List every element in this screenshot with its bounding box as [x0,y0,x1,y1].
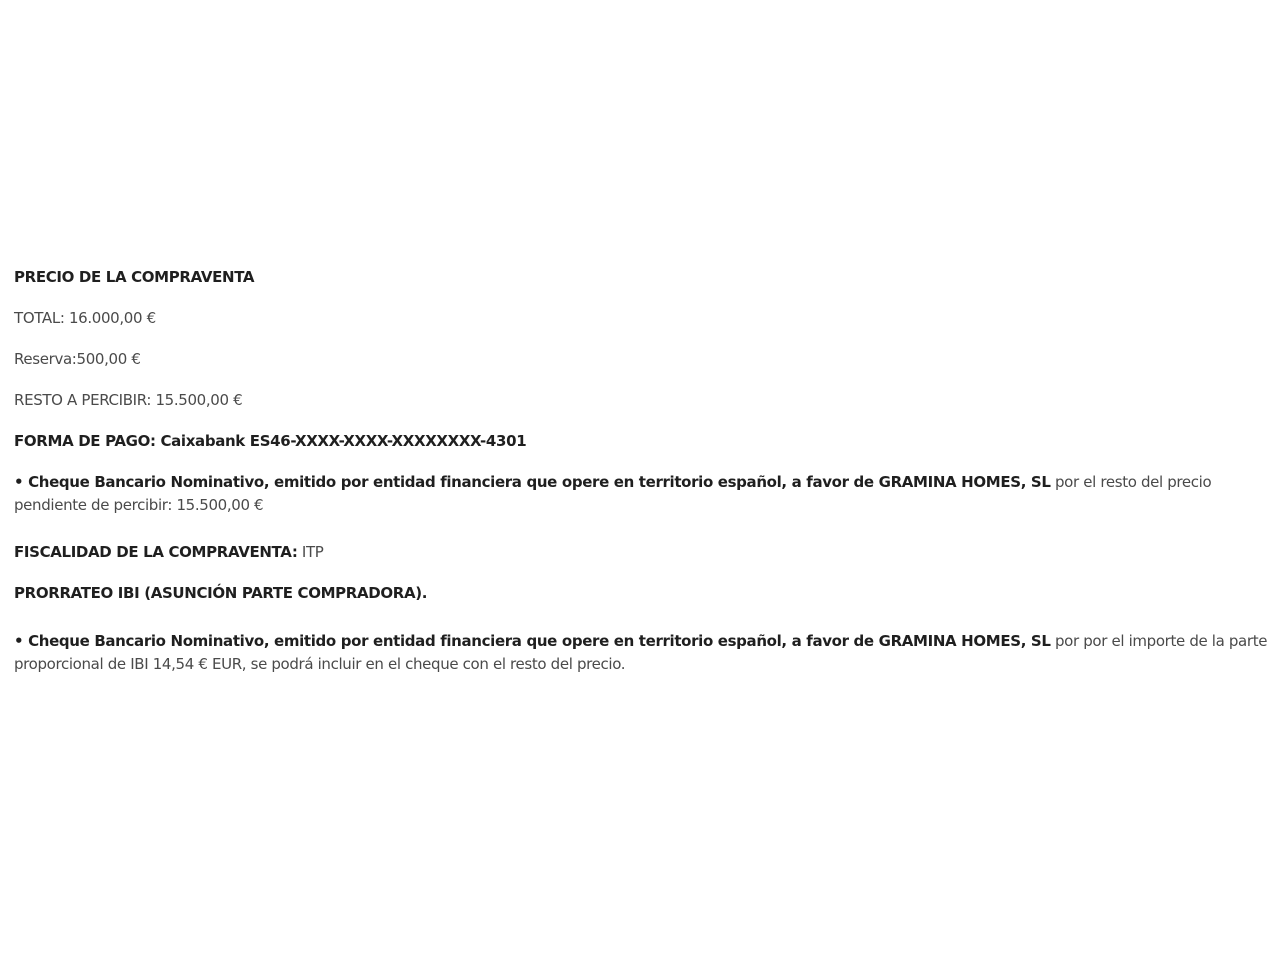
forma-de-pago-value: Caixabank ES46-XXXX-XXXX-XXXXXXXX-4301 [156,432,527,450]
fiscalidad-value: ITP [297,543,323,561]
forma-de-pago-line: FORMA DE PAGO: Caixabank ES46-XXXX-XXXX-… [14,430,526,453]
cheque-resto-paragraph: • Cheque Bancario Nominativo, emitido po… [14,471,1270,517]
section-title-precio: PRECIO DE LA COMPRAVENTA [14,266,254,289]
cheque-ibi-bold: • Cheque Bancario Nominativo, emitido po… [14,632,1051,650]
resto-line: RESTO A PERCIBIR: 15.500,00 € [14,389,242,412]
prorrateo-ibi-title: PRORRATEO IBI (ASUNCIÓN PARTE COMPRADORA… [14,582,427,605]
total-line: TOTAL: 16.000,00 € [14,307,156,330]
fiscalidad-label: FISCALIDAD DE LA COMPRAVENTA: [14,543,297,561]
fiscalidad-line: FISCALIDAD DE LA COMPRAVENTA: ITP [14,541,323,564]
cheque-resto-bold: • Cheque Bancario Nominativo, emitido po… [14,473,1051,491]
cheque-ibi-paragraph: • Cheque Bancario Nominativo, emitido po… [14,630,1270,676]
forma-de-pago-label: FORMA DE PAGO: [14,432,156,450]
reserva-line: Reserva:500,00 € [14,348,141,371]
